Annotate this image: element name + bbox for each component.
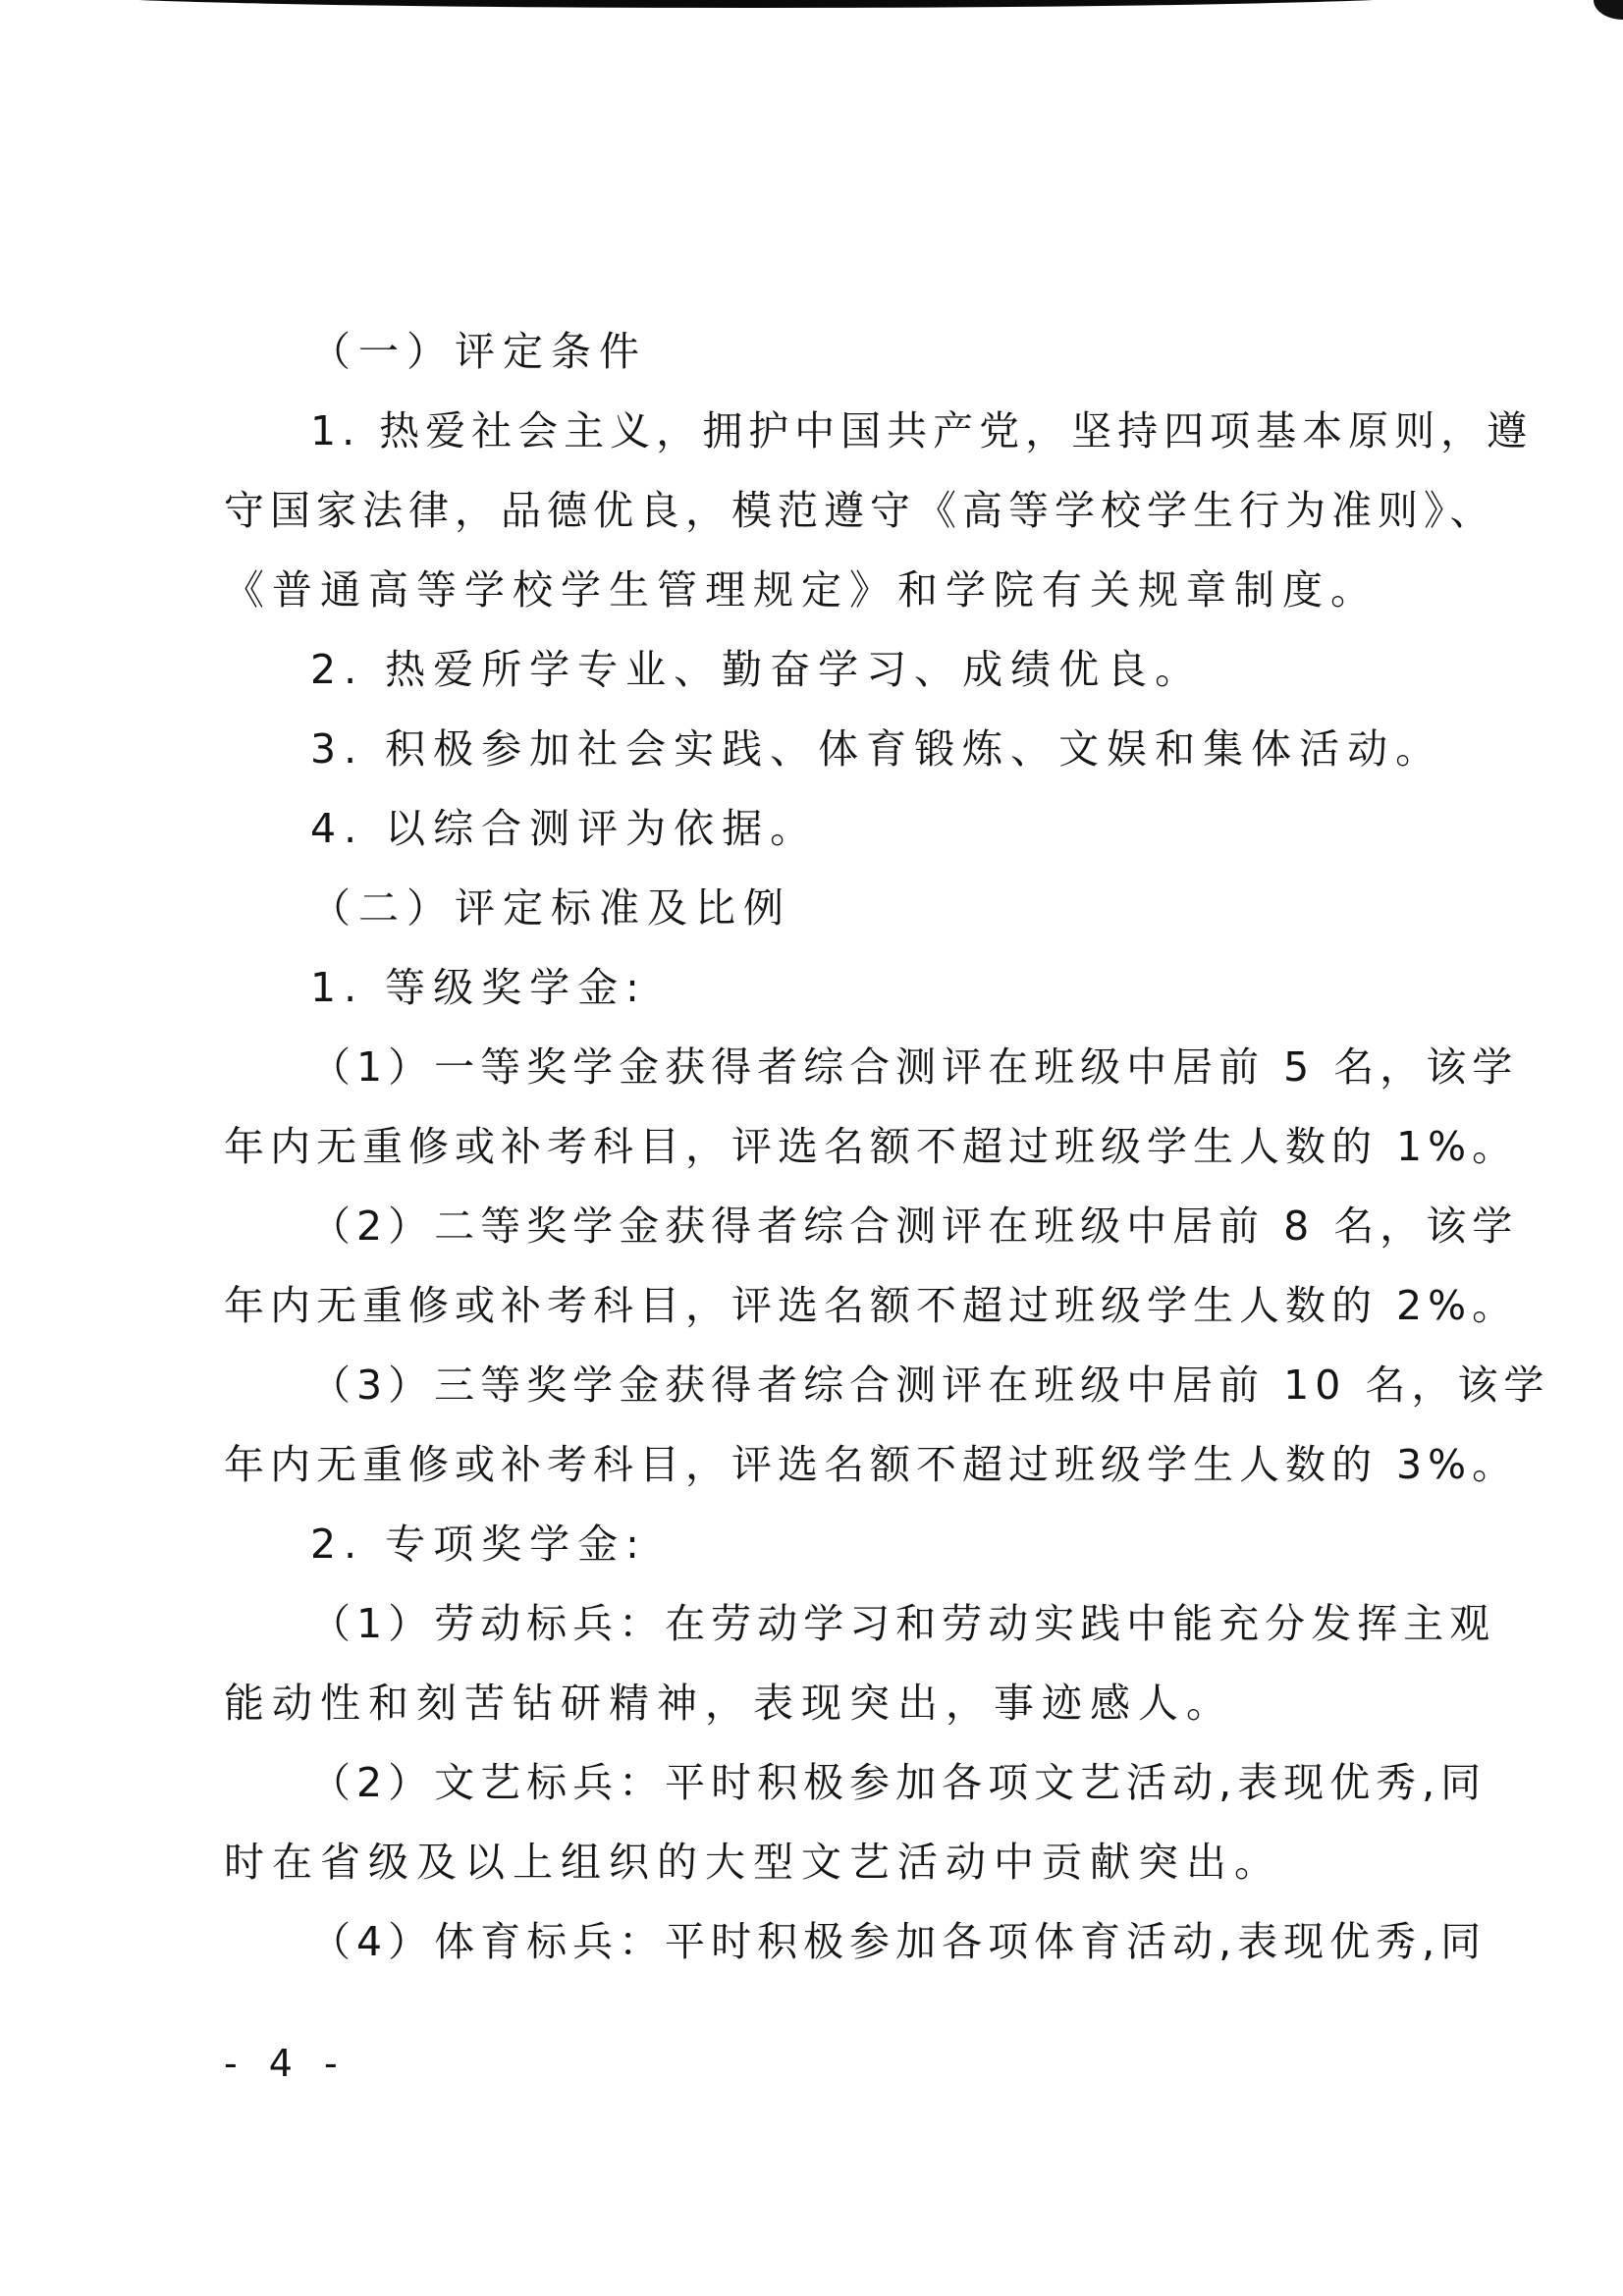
section-heading-standards: （二）评定标准及比例	[224, 869, 1432, 948]
paragraph-line: 年内无重修或补考科目，评选名额不超过班级学生人数的 1%。	[224, 1107, 1432, 1187]
criteria-item-1: 1. 热爱社会主义，拥护中国共产党，坚持四项基本原则，遵 守国家法律，品德优良，…	[224, 392, 1432, 630]
paragraph-line: （1）劳动标兵：在劳动学习和劳动实践中能充分发挥主观	[224, 1584, 1432, 1664]
paragraph-line: 时在省级及以上组织的大型文艺活动中贡献突出。	[224, 1823, 1432, 1902]
paragraph-line: （3）三等奖学金获得者综合测评在班级中居前 10 名，该学	[224, 1346, 1432, 1425]
paragraph-line: （2）文艺标兵：平时积极参加各项文艺活动,表现优秀,同	[224, 1743, 1432, 1823]
special-scholarship-arts: （2）文艺标兵：平时积极参加各项文艺活动,表现优秀,同 时在省级及以上组织的大型…	[224, 1743, 1432, 1902]
grade-scholarship-third: （3）三等奖学金获得者综合测评在班级中居前 10 名，该学 年内无重修或补考科目…	[224, 1346, 1432, 1505]
special-scholarship-labor: （1）劳动标兵：在劳动学习和劳动实践中能充分发挥主观 能动性和刻苦钻研精神，表现…	[224, 1584, 1432, 1743]
paragraph-line: （1）一等奖学金获得者综合测评在班级中居前 5 名，该学	[224, 1028, 1432, 1107]
paragraph-line: 1. 热爱社会主义，拥护中国共产党，坚持四项基本原则，遵	[224, 392, 1432, 471]
subsection-title-special-scholarship: 2. 专项奖学金:	[224, 1505, 1432, 1584]
paragraph-line: 年内无重修或补考科目，评选名额不超过班级学生人数的 2%。	[224, 1266, 1432, 1346]
section-heading-criteria: （一）评定条件	[224, 312, 1432, 392]
special-scholarship-sports: （4）体育标兵：平时积极参加各项体育活动,表现优秀,同	[224, 1902, 1432, 1982]
scan-edge-shadow	[59, 0, 1453, 8]
paragraph-line: 能动性和刻苦钻研精神，表现突出，事迹感人。	[224, 1664, 1432, 1743]
grade-scholarship-second: （2）二等奖学金获得者综合测评在班级中居前 8 名，该学 年内无重修或补考科目，…	[224, 1187, 1432, 1346]
paragraph-line: （4）体育标兵：平时积极参加各项体育活动,表现优秀,同	[224, 1902, 1432, 1982]
grade-scholarship-first: （1）一等奖学金获得者综合测评在班级中居前 5 名，该学 年内无重修或补考科目，…	[224, 1028, 1432, 1187]
paragraph-line: 年内无重修或补考科目，评选名额不超过班级学生人数的 3%。	[224, 1425, 1432, 1505]
paragraph-line: 《普通高等学校学生管理规定》和学院有关规章制度。	[224, 551, 1432, 630]
paragraph-line: 守国家法律，品德优良，模范遵守《高等学校学生行为准则》、	[224, 471, 1432, 551]
scan-corner-shadow	[1594, 0, 1623, 20]
document-page: （一）评定条件 1. 热爱社会主义，拥护中国共产党，坚持四项基本原则，遵 守国家…	[224, 312, 1432, 1982]
subsection-title-grade-scholarship: 1. 等级奖学金:	[224, 948, 1432, 1028]
page-number: - 4 -	[224, 2042, 348, 2085]
criteria-item-3: 3. 积极参加社会实践、体育锻炼、文娱和集体活动。	[224, 710, 1432, 789]
paragraph-line: （2）二等奖学金获得者综合测评在班级中居前 8 名，该学	[224, 1187, 1432, 1266]
criteria-item-4: 4. 以综合测评为依据。	[224, 789, 1432, 869]
criteria-item-2: 2. 热爱所学专业、勤奋学习、成绩优良。	[224, 630, 1432, 710]
